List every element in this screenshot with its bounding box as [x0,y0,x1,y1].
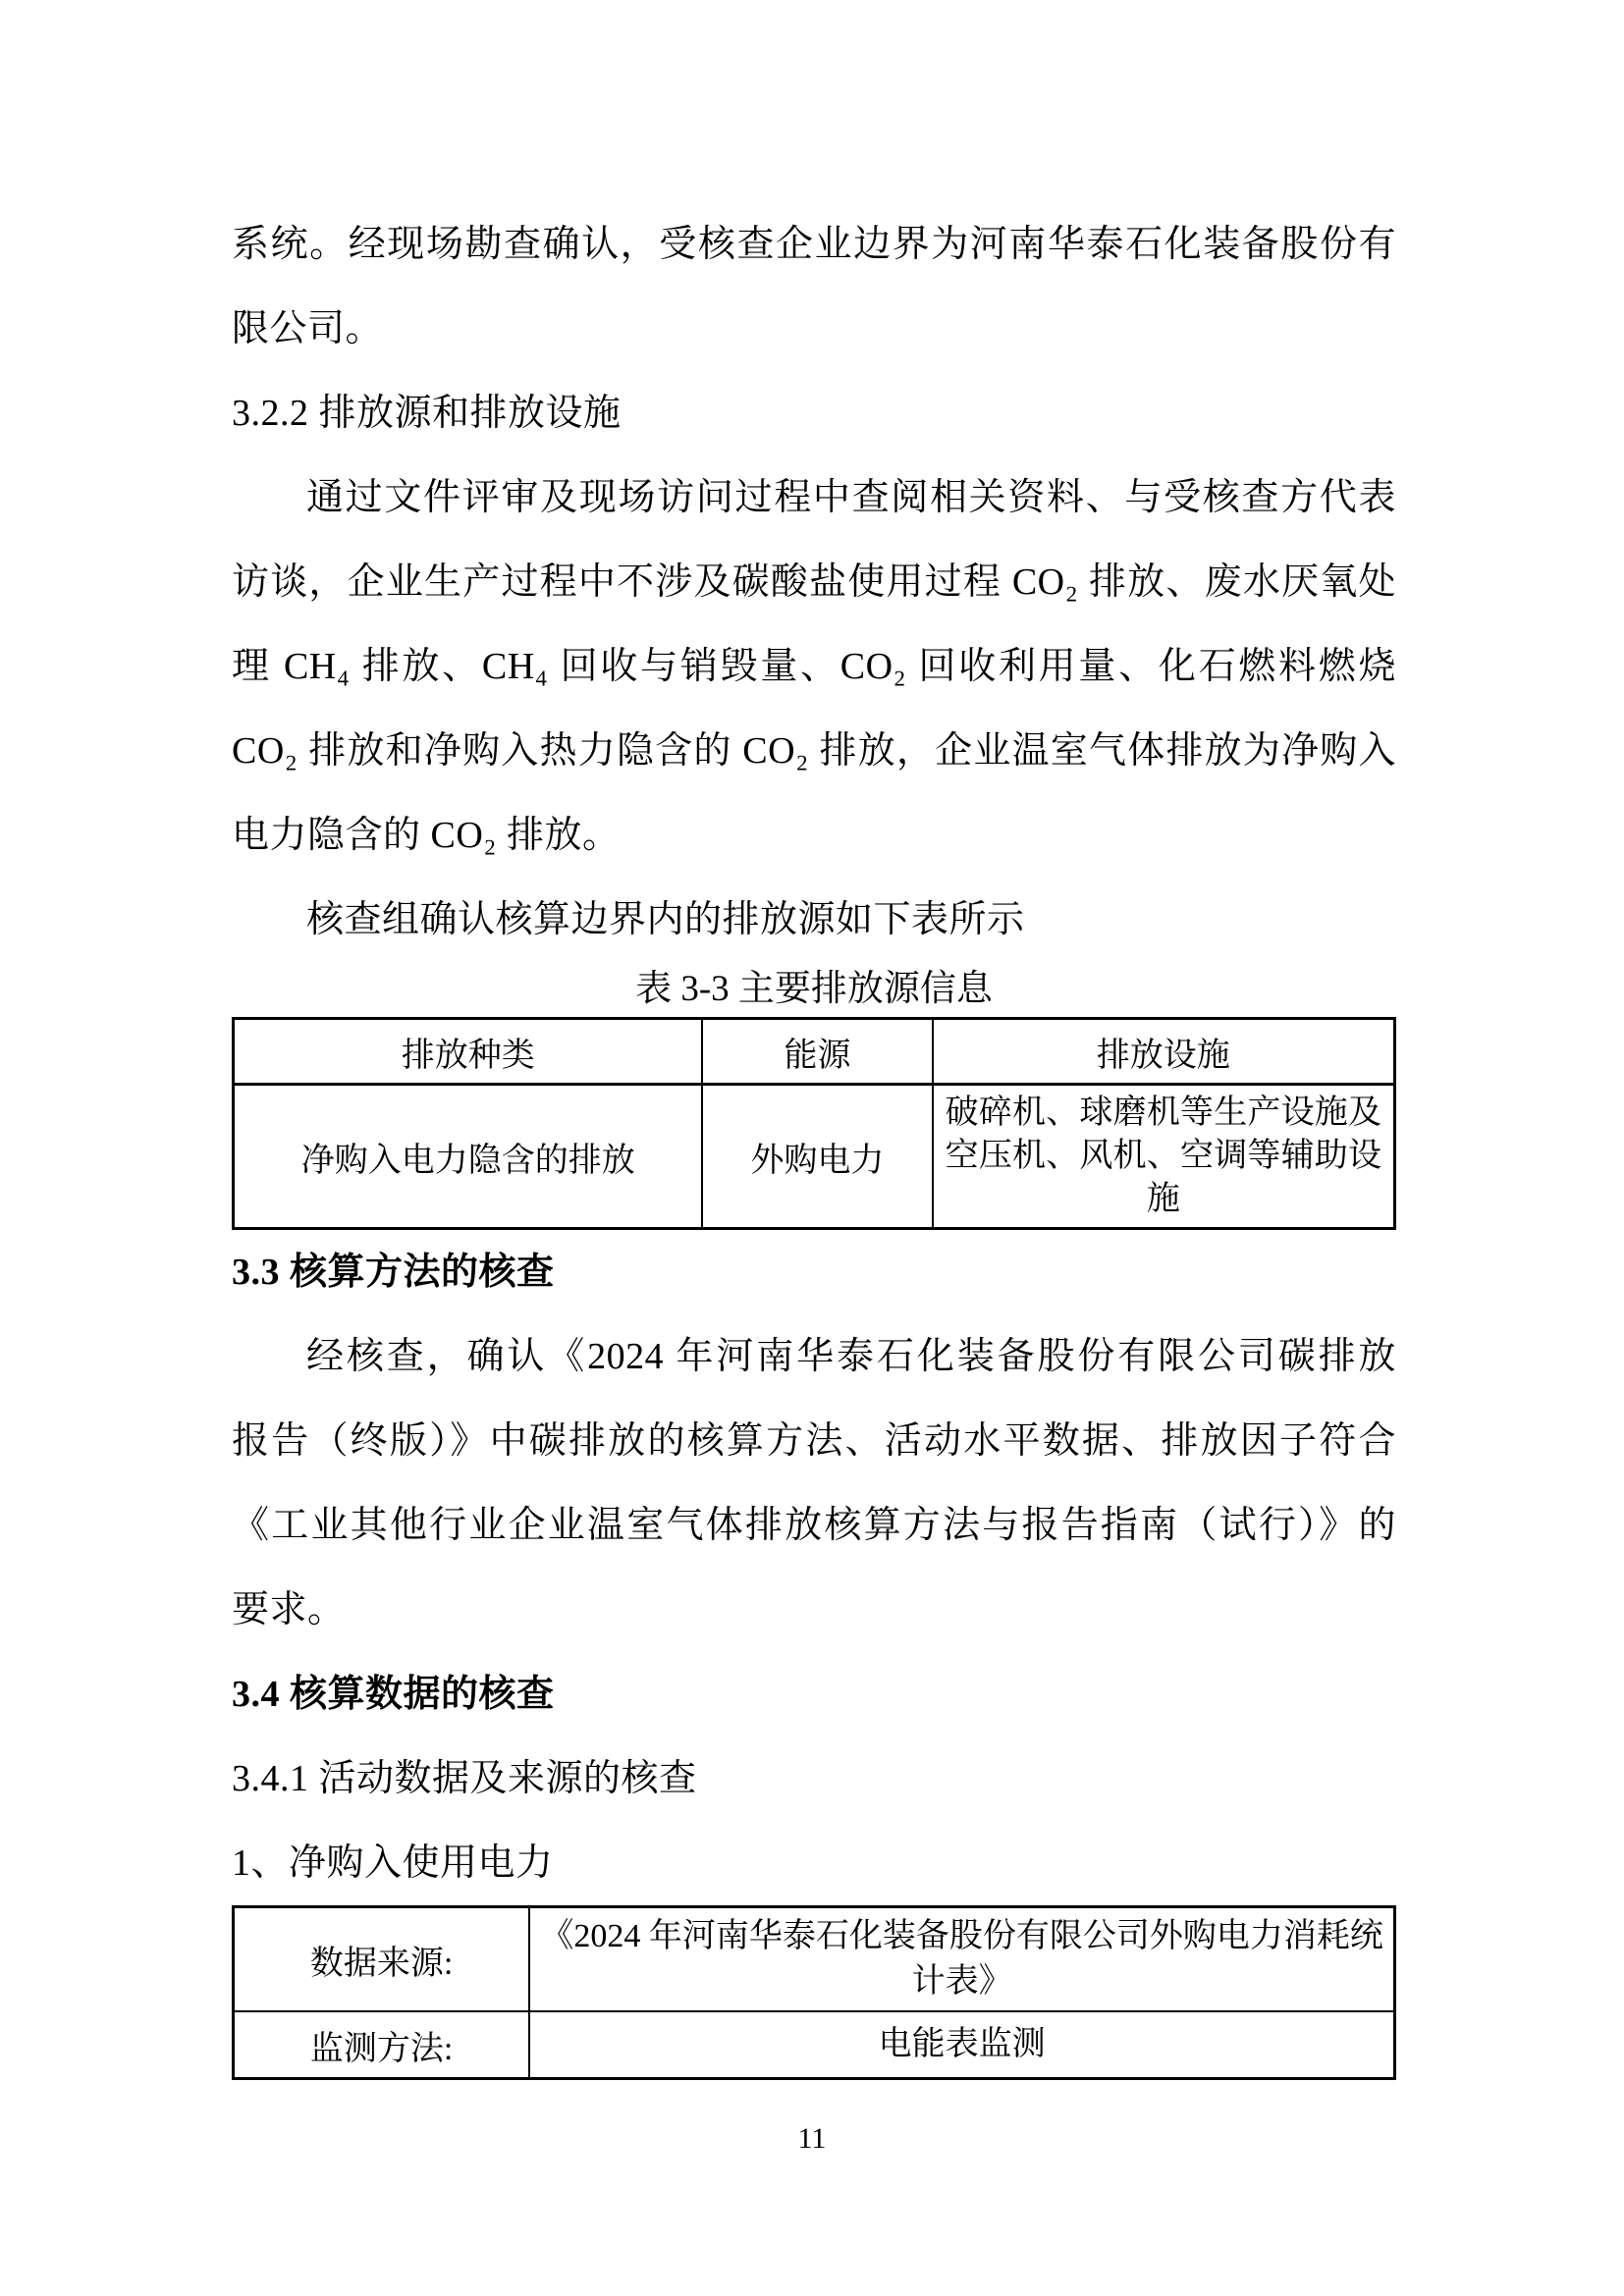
table-row: 净购入电力隐含的排放 外购电力 破碎机、球磨机等生产设施及空压机、风机、空调等辅… [234,1085,1395,1229]
heading-3-4: 3.4 核算数据的核查 [232,1652,1396,1736]
cell-facilities: 破碎机、球磨机等生产设施及空压机、风机、空调等辅助设施 [933,1085,1395,1229]
list-item-1: 1、净购入使用电力 [232,1821,1396,1905]
header-facilities: 排放设施 [933,1019,1395,1085]
header-emission-type: 排放种类 [234,1019,703,1085]
paragraph-line: 理 CH₄ 排放、CH₄ 回收与销毁量、CO₂ 回收利用量、化石燃料燃烧 [232,624,1396,709]
header-energy: 能源 [702,1019,932,1085]
page-number: 11 [0,2122,1624,2156]
paragraph-line: 《工业其他行业企业温室气体排放核算方法与报告指南（试行）》的 [232,1483,1396,1568]
document-content: 系统。经现场勘查确认，受核查企业边界为河南华泰石化装备股份有 限公司。 3.2.… [232,202,1396,2080]
paragraph-line: 报告（终版）》中碳排放的核算方法、活动水平数据、排放因子符合 [232,1399,1396,1483]
cell-emission-type: 净购入电力隐含的排放 [234,1085,703,1229]
cell-monitoring-method-value: 电能表监测 [529,2011,1394,2079]
paragraph-line: 核查组确认核算边界内的排放源如下表所示 [232,878,1396,962]
paragraph-line: 限公司。 [232,287,1396,371]
heading-3-2-2: 3.2.2 排放源和排放设施 [232,371,1396,455]
table-emission-sources: 排放种类 能源 排放设施 净购入电力隐含的排放 外购电力 破碎机、球磨机等生产设… [232,1017,1396,1230]
paragraph-line: 经核查，确认《2024 年河南华泰石化装备股份有限公司碳排放 [232,1314,1396,1399]
table-data-source: 数据来源: 《2024 年河南华泰石化装备股份有限公司外购电力消耗统计表》 监测… [232,1905,1396,2080]
cell-data-source-label: 数据来源: [234,1907,530,2012]
table-3-3-caption: 表 3-3 主要排放源信息 [232,962,1396,1017]
heading-3-4-1: 3.4.1 活动数据及来源的核查 [232,1736,1396,1821]
paragraph-line: CO₂ 排放和净购入热力隐含的 CO₂ 排放，企业温室气体排放为净购入 [232,709,1396,793]
paragraph-line: 电力隐含的 CO₂ 排放。 [232,793,1396,878]
document-page: 系统。经现场勘查确认，受核查企业边界为河南华泰石化装备股份有 限公司。 3.2.… [0,0,1624,2296]
heading-3-3: 3.3 核算方法的核查 [232,1230,1396,1314]
table-header-row: 排放种类 能源 排放设施 [234,1019,1395,1085]
cell-data-source-value: 《2024 年河南华泰石化装备股份有限公司外购电力消耗统计表》 [529,1907,1394,2012]
paragraph-line: 要求。 [232,1568,1396,1652]
cell-energy: 外购电力 [702,1085,932,1229]
paragraph-line: 系统。经现场勘查确认，受核查企业边界为河南华泰石化装备股份有 [232,202,1396,287]
paragraph-line: 通过文件评审及现场访问过程中查阅相关资料、与受核查方代表 [232,455,1396,540]
table-row: 监测方法: 电能表监测 [234,2011,1395,2079]
cell-monitoring-method-label: 监测方法: [234,2011,530,2079]
table-row: 数据来源: 《2024 年河南华泰石化装备股份有限公司外购电力消耗统计表》 [234,1907,1395,2012]
paragraph-line: 访谈，企业生产过程中不涉及碳酸盐使用过程 CO₂ 排放、废水厌氧处 [232,540,1396,624]
